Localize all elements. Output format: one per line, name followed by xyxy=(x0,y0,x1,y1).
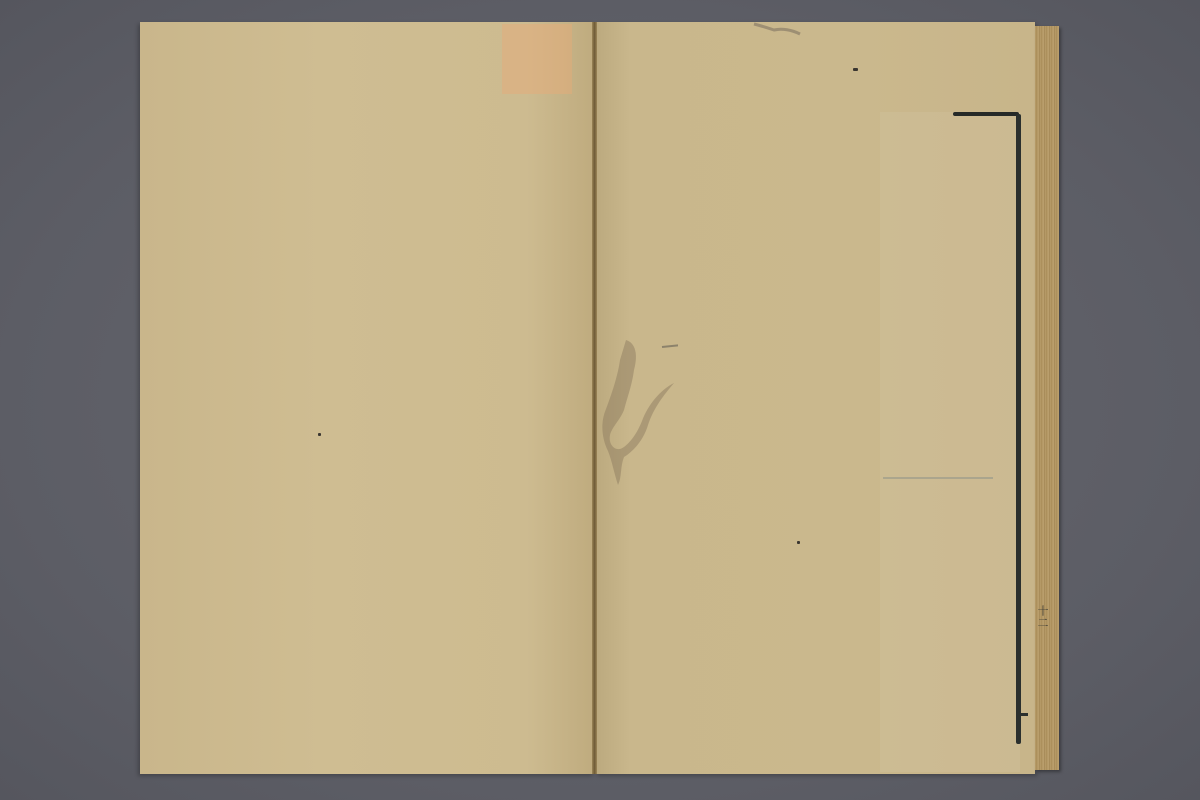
page-edge-stack xyxy=(1035,26,1059,770)
left-page xyxy=(140,22,595,774)
printed-frame-top-border xyxy=(953,112,1019,116)
book-spine-gutter xyxy=(592,22,597,774)
faded-stamp-mark xyxy=(502,24,572,94)
printed-frame-right-border xyxy=(1016,114,1021,744)
printed-frame-bottom-tick xyxy=(1020,713,1028,716)
speck xyxy=(797,541,800,544)
water-stain xyxy=(598,335,678,485)
speck xyxy=(318,433,321,436)
faint-horizontal-rule xyxy=(883,477,993,479)
frame-interior xyxy=(880,112,1020,772)
open-book: 十二 xyxy=(0,0,1200,800)
page-number: 十二 xyxy=(1034,605,1050,629)
speck xyxy=(853,68,858,71)
ink-smudge xyxy=(752,22,802,36)
